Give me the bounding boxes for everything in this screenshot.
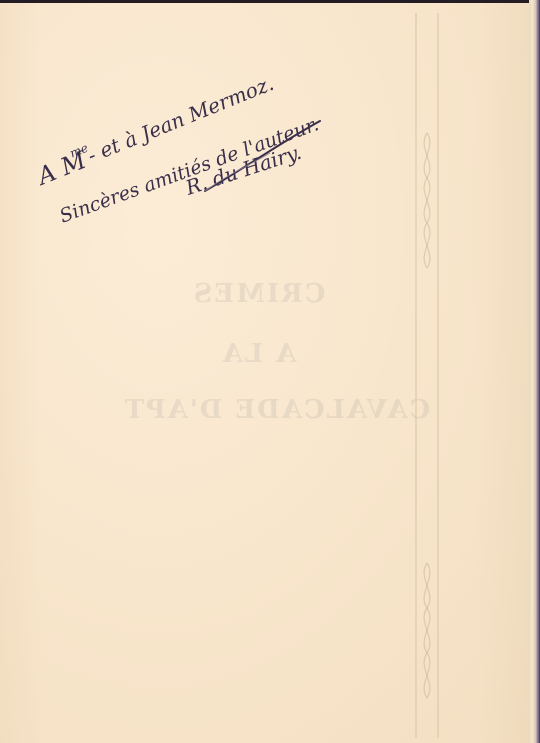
book-page: CRIMES A LA CAVALCADE D'APT A M me - et … — [0, 3, 529, 743]
dedication-line-2: Sincères amitiés de l'auteur. — [57, 113, 322, 227]
page-right-edge — [529, 0, 540, 743]
handwritten-dedication: A M me - et à Jean Mermoz. Sincères amit… — [0, 3, 529, 743]
